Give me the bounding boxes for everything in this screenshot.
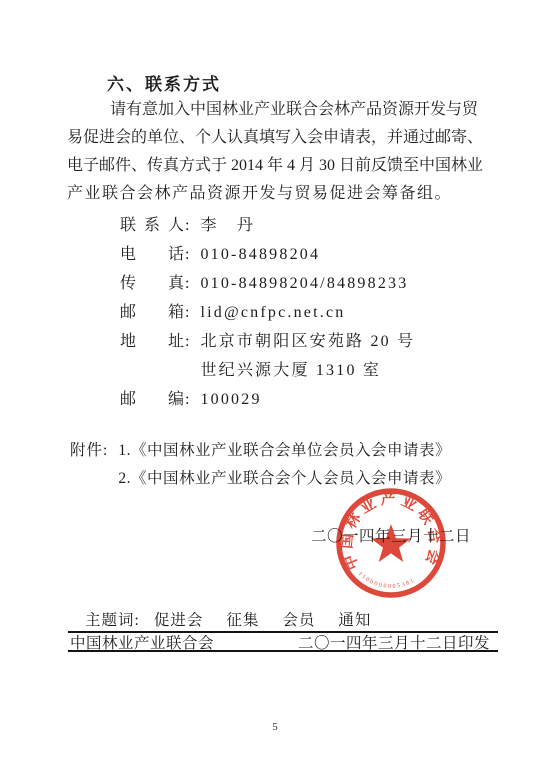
- subject-label: 主题词:: [85, 608, 140, 630]
- contact-label: 联系人: [120, 211, 184, 240]
- contact-value: 北京市朝阳区安苑路 20 号 世纪兴源大厦 1310 室: [200, 327, 415, 385]
- official-seal: 中国林业产业联合会 1100000005381: [332, 484, 450, 602]
- subject-keyword: 促进会: [154, 608, 204, 630]
- contact-label: 地址: [120, 327, 184, 356]
- colon: :: [185, 298, 189, 327]
- subject-keyword: 征集: [226, 608, 259, 630]
- section-heading: 六、联系方式: [107, 70, 221, 95]
- address-line-2: 世纪兴源大厦 1310 室: [200, 356, 415, 385]
- contact-value: 010-84898204/84898233: [200, 269, 408, 298]
- intro-line: 请有意加入中国林业产业联合会林产品资源开发与贸: [67, 96, 478, 124]
- intro-paragraph: 请有意加入中国林业产业联合会林产品资源开发与贸 易促进会的单位、个人认真填写入会…: [67, 96, 478, 208]
- print-date: 二〇一四年三月十二日印发: [298, 631, 490, 653]
- page-number: 5: [0, 721, 550, 733]
- issuer-name: 中国林业产业联合会: [70, 631, 214, 653]
- contact-block: 联系人: 李 丹 电话: 010-84898204 传真: 010-848982…: [120, 211, 415, 414]
- colon: :: [185, 385, 189, 414]
- colon: :: [185, 269, 189, 298]
- contact-value: lid@cnfpc.net.cn: [200, 298, 345, 327]
- attachment-item: 1.《中国林业产业联合会单位会员入会申请表》: [118, 437, 451, 465]
- contact-row-person: 联系人: 李 丹: [120, 211, 415, 240]
- intro-line: 易促进会的单位、个人认真填写入会申请表，并通过邮寄、: [67, 124, 478, 152]
- seal-star-icon: [371, 524, 411, 562]
- document-page: 六、联系方式 请有意加入中国林业产业联合会林产品资源开发与贸 易促进会的单位、个…: [0, 0, 550, 780]
- attachments-label: 附件:: [70, 437, 108, 492]
- contact-row-zip: 邮编: 100029: [120, 385, 415, 414]
- colon: :: [185, 327, 189, 356]
- subject-keywords-row: 主题词: 促进会 征集 会员 通知: [85, 608, 394, 630]
- contact-value: 李 丹: [200, 211, 255, 240]
- intro-line: 产业联合会林产品资源开发与贸易促进会筹备组。: [67, 180, 478, 208]
- subject-keyword: 会员: [282, 608, 315, 630]
- contact-row-email: 邮箱: lid@cnfpc.net.cn: [120, 298, 415, 327]
- intro-line: 电子邮件、传真方式于 2014 年 4 月 30 日前反馈至中国林业: [67, 152, 478, 180]
- footer-band: 中国林业产业联合会 二〇一四年三月十二日印发: [68, 631, 498, 652]
- subject-keywords: 促进会 征集 会员 通知: [154, 608, 395, 630]
- contact-row-fax: 传真: 010-84898204/84898233: [120, 269, 415, 298]
- subject-keyword: 通知: [338, 608, 371, 630]
- contact-row-phone: 电话: 010-84898204: [120, 240, 415, 269]
- contact-label: 邮编: [120, 385, 184, 414]
- contact-label: 电话: [120, 240, 184, 269]
- contact-value: 100029: [200, 385, 261, 414]
- colon: :: [185, 211, 189, 240]
- contact-label: 邮箱: [120, 298, 184, 327]
- contact-label: 传真: [120, 269, 184, 298]
- address-line-1: 北京市朝阳区安苑路 20 号: [200, 327, 415, 356]
- contact-value: 010-84898204: [200, 240, 320, 269]
- colon: :: [185, 240, 189, 269]
- contact-row-address: 地址: 北京市朝阳区安苑路 20 号 世纪兴源大厦 1310 室: [120, 327, 415, 385]
